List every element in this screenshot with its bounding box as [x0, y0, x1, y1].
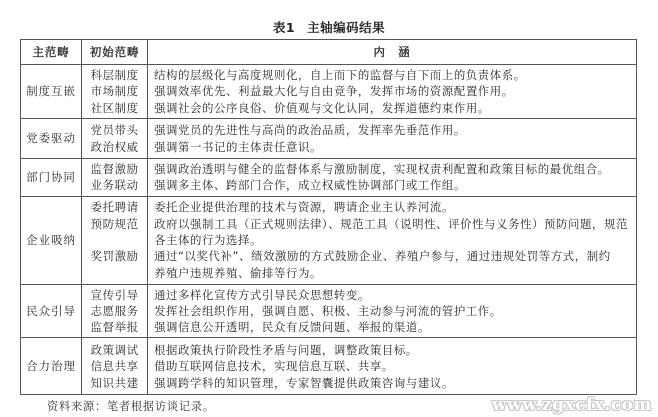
connotation-cell: 委托企业提供治理的技术与资源，聘请企业主认养河流。 政府以强制工具（正式规则法律… — [148, 196, 637, 284]
main-category-cell: 党委驱动 — [21, 119, 82, 159]
initial-category: 志愿服务 — [82, 303, 147, 319]
initial-category-cell: 科层制度 市场制度 社区制度 — [82, 65, 148, 119]
initial-category: 科层制度 — [82, 67, 147, 83]
initial-category-cell: 委托聘请 预防规范 奖罚激励 — [82, 196, 148, 284]
connotation-cell: 强调党员的先进性与高尚的政治品质，发挥率先垂范作用。 强调第一书记的主体责任意识… — [148, 119, 637, 159]
connotation-line: 借助互联网信息技术，实现信息互联、共享。 — [154, 358, 628, 374]
table-row: 企业吸纳 委托聘请 预防规范 奖罚激励 委托企业提供治理的技术与资源，聘请企业主… — [21, 196, 637, 284]
axial-coding-table: 主范畴 初始范畴 内 涵 制度互嵌 科层制度 市场制度 社区制度 结构的层级化与… — [20, 39, 637, 395]
initial-category-cell: 监督激励 业务联动 — [82, 159, 148, 197]
header-main-category: 主范畴 — [21, 40, 82, 65]
connotation-line: 养殖户违规养殖、偷排等行为。 — [154, 265, 628, 281]
initial-category-cell: 宣传引导 志愿服务 监督举报 — [82, 284, 148, 338]
connotation-line: 通过“以奖代补”、绩效激励的方式鼓励企业、养殖户参与，通过违规处罚等方式，制约 — [154, 248, 628, 264]
table-header-row: 主范畴 初始范畴 内 涵 — [21, 40, 637, 65]
connotation-cell: 通过多样化宣传方式引导民众思想转变。 发挥社会组织作用，强调自愿、积极、主动参与… — [148, 284, 637, 338]
connotation-line: 强调效率优先、利益最大化与自由竞争，发挥市场的资源配置作用。 — [154, 83, 628, 99]
header-initial-category: 初始范畴 — [82, 40, 148, 65]
table-caption: 表1主轴编码结果 — [0, 18, 658, 36]
connotation-line: 发挥社会组织作用，强调自愿、积极、主动参与河流的管护工作。 — [154, 303, 628, 319]
watermark: www.zgxcfx.com — [492, 395, 652, 415]
main-category-cell: 部门协同 — [21, 159, 82, 197]
initial-category: 政治权威 — [82, 139, 147, 155]
connotation-line: 强调政治透明与健全的监督体系与激励制度，实现权责利配置和政策目标的最优组合。 — [154, 161, 628, 177]
initial-category-cell: 党员带头 政治权威 — [82, 119, 148, 159]
initial-category: 奖罚激励 — [82, 248, 147, 264]
table-title: 主轴编码结果 — [307, 20, 385, 35]
connotation-line: 强调第一书记的主体责任意识。 — [154, 139, 628, 155]
table-row: 党委驱动 党员带头 政治权威 强调党员的先进性与高尚的政治品质，发挥率先垂范作用… — [21, 119, 637, 159]
initial-category-cell: 政策调试 信息共享 知识共建 — [82, 338, 148, 395]
initial-category: 监督激励 — [82, 161, 147, 177]
initial-category-spacer — [82, 265, 147, 281]
initial-category: 委托聘请 — [82, 199, 147, 215]
main-category-cell: 合力治理 — [21, 338, 82, 395]
initial-category: 信息共享 — [82, 358, 147, 374]
initial-category: 市场制度 — [82, 83, 147, 99]
initial-category: 监督举报 — [82, 319, 147, 335]
connotation-line: 各主体的行为选择。 — [154, 232, 628, 248]
initial-category: 业务联动 — [82, 177, 147, 193]
connotation-cell: 根据政策执行阶段性矛盾与问题，调整政策目标。 借助互联网信息技术，实现信息互联、… — [148, 338, 637, 395]
source-footnote: 资料来源：笔者根据访谈记录。 — [47, 398, 215, 414]
connotation-line: 根据政策执行阶段性矛盾与问题，调整政策目标。 — [154, 342, 628, 358]
connotation-line: 强调多主体、跨部门合作，成立权威性协调部门或工作组。 — [154, 177, 628, 193]
table-row: 制度互嵌 科层制度 市场制度 社区制度 结构的层级化与高度规则化，自上而下的监督… — [21, 65, 637, 119]
connotation-line: 强调信息公开透明，民众有反馈问题、举报的渠道。 — [154, 319, 628, 335]
table-row: 部门协同 监督激励 业务联动 强调政治透明与健全的监督体系与激励制度，实现权责利… — [21, 159, 637, 197]
connotation-line: 强调社会的公序良俗、价值观与文化认同，发挥道德约束作用。 — [154, 100, 628, 116]
connotation-line: 强调党员的先进性与高尚的政治品质，发挥率先垂范作用。 — [154, 122, 628, 138]
initial-category: 预防规范 — [82, 216, 147, 232]
connotation-cell: 结构的层级化与高度规则化，自上而下的监督与自下而上的负责体系。 强调效率优先、利… — [148, 65, 637, 119]
main-category-cell: 民众引导 — [21, 284, 82, 338]
connotation-line: 委托企业提供治理的技术与资源，聘请企业主认养河流。 — [154, 199, 628, 215]
table-row: 合力治理 政策调试 信息共享 知识共建 根据政策执行阶段性矛盾与问题，调整政策目… — [21, 338, 637, 395]
main-category-cell: 企业吸纳 — [21, 196, 82, 284]
connotation-line: 强调跨学科的知识管理，专家智囊提供政策咨询与建议。 — [154, 375, 628, 391]
connotation-line: 政府以强制工具（正式规则法律）、规范工具（说明性、评价性与义务性）预防问题，规范 — [154, 216, 628, 232]
main-category-cell: 制度互嵌 — [21, 65, 82, 119]
initial-category: 社区制度 — [82, 100, 147, 116]
initial-category: 知识共建 — [82, 375, 147, 391]
connotation-line: 通过多样化宣传方式引导民众思想转变。 — [154, 287, 628, 303]
table-row: 民众引导 宣传引导 志愿服务 监督举报 通过多样化宣传方式引导民众思想转变。 发… — [21, 284, 637, 338]
header-connotation: 内 涵 — [148, 40, 637, 65]
initial-category: 党员带头 — [82, 122, 147, 138]
initial-category: 政策调试 — [82, 342, 147, 358]
connotation-cell: 强调政治透明与健全的监督体系与激励制度，实现权责利配置和政策目标的最优组合。 强… — [148, 159, 637, 197]
connotation-line: 结构的层级化与高度规则化，自上而下的监督与自下而上的负责体系。 — [154, 67, 628, 83]
table-number: 表1 — [273, 20, 295, 35]
initial-category: 宣传引导 — [82, 287, 147, 303]
initial-category-spacer — [82, 232, 147, 248]
